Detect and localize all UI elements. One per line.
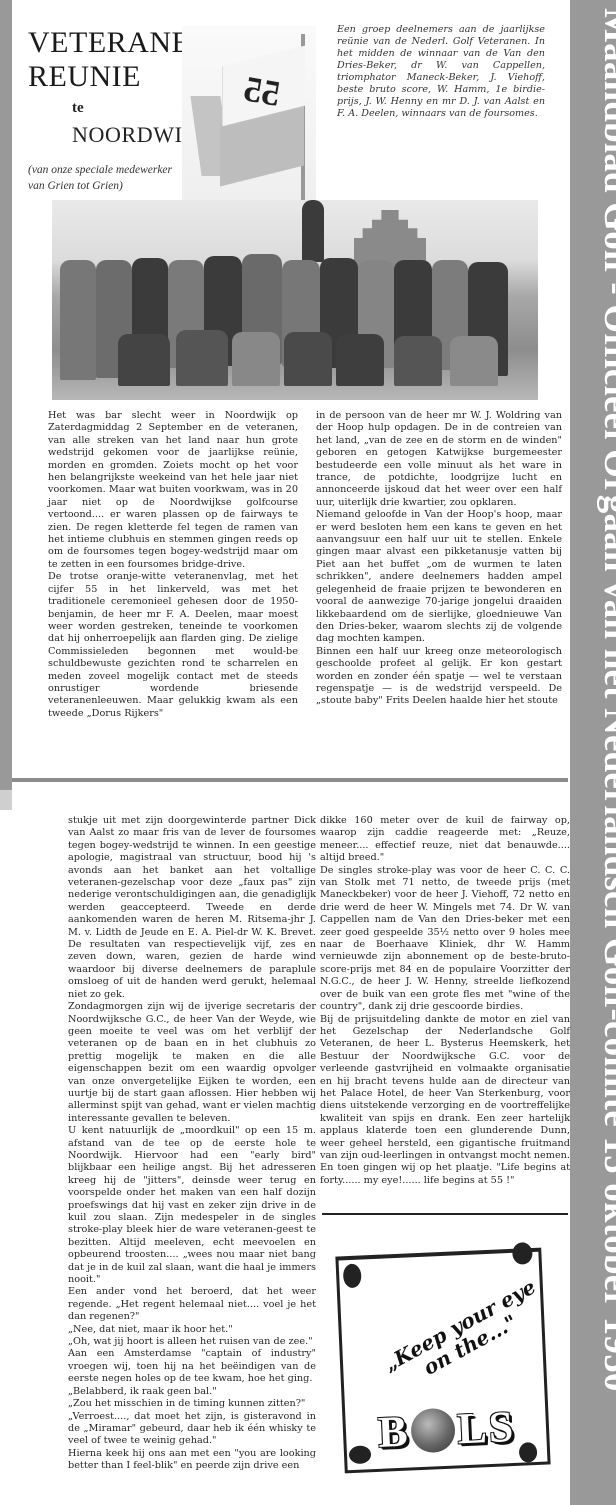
paragraph: Het was bar slecht weer in Noordwijk op … bbox=[48, 410, 298, 571]
seated-person bbox=[450, 336, 498, 386]
page-edge-bar bbox=[0, 0, 12, 790]
title-line-2: REUNIE bbox=[28, 60, 188, 94]
article-heading: VETERANEN REUNIE te NOORDWIJK (van onze … bbox=[28, 26, 188, 194]
byline: (van onze speciale medewerker van Grien … bbox=[28, 162, 188, 194]
ad-frame: „Keep your eye on the..." B LS bbox=[335, 1248, 550, 1474]
seated-person bbox=[176, 330, 228, 386]
golf-club-head-icon bbox=[349, 1445, 372, 1464]
paragraph: Bij de prijsuitdeling dankte de motor en… bbox=[320, 1014, 570, 1188]
title-place: NOORDWIJK bbox=[72, 122, 188, 148]
photo-caption: Een groep deelnemers aan de jaarlijkse r… bbox=[337, 24, 545, 120]
person bbox=[60, 260, 96, 380]
paragraph: Een ander vond het beroerd, dat het weer… bbox=[68, 1286, 316, 1323]
paragraph: „Zou het misschien in de timing kunnen z… bbox=[68, 1398, 316, 1410]
paragraph: Binnen een half uur kreeg onze meteorolo… bbox=[316, 646, 562, 708]
flag-photo: 55 bbox=[182, 26, 316, 216]
seated-person bbox=[118, 334, 170, 386]
paragraph: Niemand geloofde in Van der Hoop's hoop,… bbox=[316, 509, 562, 645]
person-flag-raiser bbox=[302, 200, 324, 262]
seated-person bbox=[284, 332, 332, 386]
article-column-1: Het was bar slecht weer in Noordwijk op … bbox=[48, 410, 298, 720]
brand-letters-ls: LS bbox=[456, 1401, 516, 1454]
article-column-2: in de persoon van de heer mr W. J. Woldr… bbox=[316, 410, 562, 708]
seated-person bbox=[232, 332, 280, 386]
bols-advertisement: „Keep your eye on the..." B LS bbox=[318, 1232, 566, 1494]
paragraph: „Nee, dat niet, maar ik hoor het." bbox=[68, 1324, 316, 1336]
seated-person bbox=[336, 334, 384, 386]
paragraph: „Verroest...., dat moet het zijn, is gis… bbox=[68, 1411, 316, 1448]
article-column-3: stukje uit met zijn doorgewinterde partn… bbox=[68, 815, 316, 1473]
section-divider bbox=[322, 1213, 568, 1215]
seated-person bbox=[394, 336, 442, 386]
paragraph: dikke 160 meter over de kuil de fairway … bbox=[320, 815, 570, 865]
golf-club-head-icon bbox=[519, 1442, 538, 1463]
page-edge-bar-lower bbox=[0, 790, 12, 810]
title-line-1: VETERANEN bbox=[28, 26, 188, 60]
paragraph: U kent natuurlijk de „moordkuil" op een … bbox=[68, 1125, 316, 1286]
bols-logo: B LS bbox=[377, 1401, 516, 1458]
paragraph: „Oh, wat jij hoort is alleen het ruisen … bbox=[68, 1336, 316, 1348]
spine-title: Maandblad Golf - Officieel Orgaan van he… bbox=[604, 8, 616, 1392]
flag-number: 55 bbox=[241, 67, 284, 115]
golf-ball-icon bbox=[410, 1407, 456, 1453]
ad-slogan: „Keep your eye on the..." bbox=[380, 1275, 550, 1395]
article-column-4: dikke 160 meter over de kuil de fairway … bbox=[320, 815, 570, 1187]
paragraph: De singles stroke-play was voor de heer … bbox=[320, 865, 570, 1014]
paragraph: „Belabberd, ik raak geen bal." bbox=[68, 1386, 316, 1398]
paragraph: Zondagmorgen zijn wij de ijverige secret… bbox=[68, 1001, 316, 1125]
golf-club-head-icon bbox=[512, 1242, 533, 1265]
paragraph: Hierna keek hij ons aan met een "you are… bbox=[68, 1448, 316, 1473]
magazine-spine: Maandblad Golf - Officieel Orgaan van he… bbox=[570, 0, 616, 1505]
paragraph: in de persoon van de heer mr W. J. Woldr… bbox=[316, 410, 562, 509]
paragraph: De trotse oranje-witte veteranenvlag, me… bbox=[48, 571, 298, 720]
group-photo bbox=[52, 200, 538, 400]
golf-club-head-icon bbox=[343, 1263, 362, 1288]
paragraph: Aan een Amsterdamse "captain of industry… bbox=[68, 1348, 316, 1385]
paragraph: stukje uit met zijn doorgewinterde partn… bbox=[68, 815, 316, 1001]
title-te: te bbox=[72, 94, 188, 122]
brand-letter-b: B bbox=[377, 1406, 411, 1458]
